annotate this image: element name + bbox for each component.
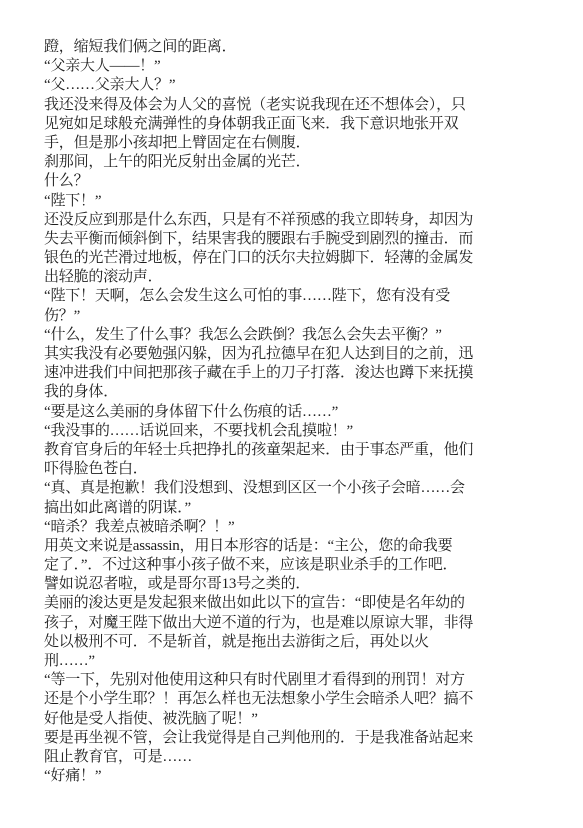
text-line: “等一下，先别对他使用这种只有时代剧里才看得到的刑罚！对方	[44, 671, 549, 690]
text-line: 手，但是那小孩却把上臂固定在右侧腹．	[44, 134, 549, 153]
text-line: 还是个小学生耶？！再怎么样也无法想象小学生会暗杀人吧？搞不	[44, 690, 549, 709]
text-line: 教育官身后的年轻士兵把挣扎的孩童架起来．由于事态严重，他们	[44, 441, 549, 460]
text-line: “父亲大人——！”	[44, 57, 549, 76]
text-line: 处以极刑不可．不是斩首，就是拖出去游街之后，再处以火	[44, 633, 549, 652]
text-line: 譬如说忍者啦，或是哥尔哥13号之类的．	[44, 575, 549, 594]
text-line: 阻止教育官，可是……	[44, 748, 549, 767]
text-line: “要是这么美丽的身体留下什么伤痕的话……”	[44, 403, 549, 422]
text-line: 美丽的浚达更是发起狠来做出如此以下的宣告：“即使是名年幼的	[44, 594, 549, 613]
text-line: 还没反应到那是什么东西，只是有不祥预感的我立即转身，却因为	[44, 211, 549, 230]
text-line: “父……父亲大人？”	[44, 76, 549, 95]
text-line: 失去平衡而倾斜倒下，结果害我的腰跟右手腕受到剧烈的撞击．而	[44, 230, 549, 249]
text-line: “什么，发生了什么事？我怎么会跌倒？我怎么会失去平衡？”	[44, 326, 549, 345]
text-line: 其实我没有必要勉强闪躲，因为孔拉德早在犯人达到目的之前，迅	[44, 345, 549, 364]
text-line: “好痛！”	[44, 767, 549, 786]
text-line: 银色的光芒滑过地板，停在门口的沃尔夫拉姆脚下．轻薄的金属发	[44, 249, 549, 268]
text-line: 见宛如足球般充满弹性的身体朝我正面飞来．我下意识地张开双	[44, 115, 549, 134]
text-line: 蹬，缩短我们俩之间的距离．	[44, 38, 549, 57]
text-line: “陛下！”	[44, 192, 549, 211]
text-line: “暗杀？我差点被暗杀啊？！”	[44, 518, 549, 537]
text-line: 好他是受人指使、被洗脑了呢！”	[44, 710, 549, 729]
text-line: 我还没来得及体会为人父的喜悦（老实说我现在还不想体会），只	[44, 96, 549, 115]
scanned-novel-page: 蹬，缩短我们俩之间的距离． “父亲大人——！” “父……父亲大人？” 我还没来得…	[0, 0, 583, 828]
text-line: “真、真是抱歉！我们没想到、没想到区区一个小孩子会暗……会	[44, 479, 549, 498]
text-line: 什么？	[44, 172, 549, 191]
text-line: 刹那间，上午的阳光反射出金属的光芒．	[44, 153, 549, 172]
text-line: 吓得脸色苍白．	[44, 460, 549, 479]
text-line: “陛下！天啊，怎么会发生这么可怕的事……陛下，您有没有受	[44, 287, 549, 306]
text-line: 用英文来说是assassin，用日本形容的话是：“主公，您的命我要	[44, 537, 549, 556]
text-block: 蹬，缩短我们俩之间的距离． “父亲大人——！” “父……父亲大人？” 我还没来得…	[44, 38, 549, 786]
text-line: 要是再坐视不管，会让我觉得是自己判他刑的．于是我准备站起来	[44, 729, 549, 748]
text-line: “我没事的……话说回来，不要找机会乱摸啦！”	[44, 422, 549, 441]
text-line: 伤？”	[44, 307, 549, 326]
text-line: 孩子，对魔王陛下做出大逆不道的行为，也是难以原谅大罪，非得	[44, 614, 549, 633]
text-line: 搞出如此离谱的阴谋．”	[44, 499, 549, 518]
text-line: 我的身体．	[44, 383, 549, 402]
text-line: 出轻脆的滚动声．	[44, 268, 549, 287]
text-line: 定了．”．不过这种事小孩子做不来，应该是职业杀手的工作吧．	[44, 556, 549, 575]
text-line: 速冲进我们中间把那孩子藏在手上的刀子打落．浚达也蹲下来抚摸	[44, 364, 549, 383]
text-line: 刑……”	[44, 652, 549, 671]
